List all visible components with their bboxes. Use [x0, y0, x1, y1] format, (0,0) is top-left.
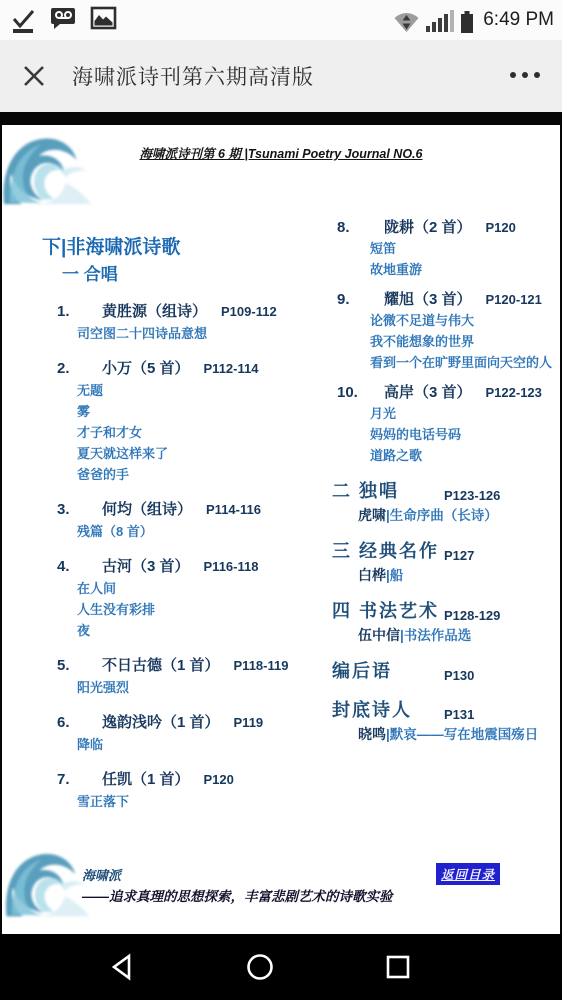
document-page[interactable]: 海啸派诗刊第 6 期 |Tsunami Poetry Journal NO.6 …	[2, 125, 560, 935]
entry-number: 9.	[332, 289, 384, 310]
entry-pages: P112-114	[204, 358, 259, 380]
toc-right-column: 8. 陇耕（2 首） P120 短笛故地重游 9. 耀旭（3 首） P120-1…	[332, 211, 562, 745]
download-done-icon	[10, 6, 37, 34]
close-icon[interactable]	[22, 64, 46, 88]
toc-entry-main: 3. 何均（组诗） P114-116	[42, 499, 326, 521]
toc-left-column: 下|非海啸派诗歌 一 合唱 1. 黄胜源（组诗） P109-112 司空图二十四…	[42, 235, 326, 812]
entry-pages: P118-119	[234, 655, 289, 677]
entry-pages: P120	[486, 217, 516, 238]
entry-author: 何均（组诗）	[102, 499, 192, 521]
journal-title: 海啸派诗刊第 6 期 |Tsunami Poetry Journal NO.6	[2, 144, 560, 162]
toc-entry-main: 4. 古河（3 首） P116-118	[42, 556, 326, 578]
poem-title: 夜	[77, 620, 326, 641]
entry-poems: 论微不足道与伟大我不能想象的世界看到一个在旷野里面向天空的人	[370, 310, 562, 373]
section-pages: P130	[444, 663, 474, 688]
section-title: 二 独唱	[332, 481, 399, 501]
entry-poems: 阳光强烈	[77, 677, 326, 698]
more-menu-icon[interactable]	[510, 72, 540, 78]
recents-button[interactable]	[384, 953, 412, 981]
work-author: 伍中信	[358, 627, 400, 643]
section-head: 四 书法艺术 P128-129	[332, 599, 562, 625]
clock: 6:49 PM	[483, 5, 554, 35]
entry-number: 8.	[332, 217, 384, 238]
work-title: |默哀——写在地震国殇日	[386, 727, 538, 742]
entry-author: 古河（3 首）	[102, 556, 190, 578]
work-title: |生命序曲（长诗）	[386, 508, 498, 523]
entry-number: 2.	[57, 358, 102, 380]
entry-pages: P122-123	[486, 382, 542, 403]
section-work: 伍中信|书法作品选	[358, 625, 562, 646]
entry-author: 黄胜源（组诗）	[102, 301, 207, 323]
work-author: 白桦	[358, 567, 386, 583]
toc-entries-left: 1. 黄胜源（组诗） P109-112 司空图二十四诗品意想 2. 小万（5 首…	[42, 301, 326, 812]
toc-section: 四 书法艺术 P128-129 伍中信|书法作品选	[332, 599, 562, 646]
poem-title: 人生没有彩排	[77, 599, 326, 620]
toc-entry: 5. 不日古德（1 首） P118-119 阳光强烈	[42, 655, 326, 698]
entry-number: 3.	[57, 499, 102, 521]
poem-title: 爸爸的手	[77, 464, 326, 485]
entry-number: 5.	[57, 655, 102, 677]
entry-number: 6.	[57, 712, 102, 734]
entry-pages: P109-112	[221, 301, 277, 323]
wifi-data-icon	[393, 9, 420, 35]
notification-icons	[10, 6, 117, 34]
brand-slogan: ——追求真理的思想探索，丰富悲剧艺术的诗歌实验	[82, 886, 442, 907]
poem-title: 看到一个在旷野里面向天空的人	[370, 352, 562, 373]
work-title: |书法作品选	[400, 628, 471, 643]
entry-author: 任凯（1 首）	[102, 769, 190, 791]
toc-entry: 7. 任凯（1 首） P120 雪正落下	[42, 769, 326, 812]
entry-poems: 降临	[77, 734, 326, 755]
poem-title: 雪正落下	[77, 791, 326, 812]
toc-entry-main: 6. 逸韵浅吟（1 首） P119	[42, 712, 326, 734]
poem-title: 妈妈的电话号码	[370, 424, 562, 445]
section-title: 编后语	[332, 661, 392, 681]
poem-title: 雾	[77, 401, 326, 422]
toc-entry-main: 8. 陇耕（2 首） P120	[332, 217, 562, 238]
section-pages: P131	[444, 702, 474, 727]
toc-sections: 二 独唱 P123-126 虎啸|生命序曲（长诗） 三 经典名作 P127 白桦…	[332, 479, 562, 745]
entry-poems: 司空图二十四诗品意想	[77, 323, 326, 344]
poem-title: 短笛	[370, 238, 562, 259]
poem-title: 在人间	[77, 578, 326, 599]
work-title: |船	[386, 568, 403, 583]
entry-pages: P116-118	[204, 556, 259, 578]
poem-title: 无题	[77, 380, 326, 401]
entry-number: 10.	[332, 382, 384, 403]
system-status-icons: 6:49 PM	[393, 5, 554, 35]
entry-author: 不日古德（1 首）	[102, 655, 220, 677]
section-work: 虎啸|生命序曲（长诗）	[358, 505, 562, 526]
entry-poems: 无题雾才子和才女夏天就这样来了爸爸的手	[77, 380, 326, 485]
entry-poems: 在人间人生没有彩排夜	[77, 578, 326, 641]
poem-title: 降临	[77, 734, 326, 755]
section-work: 白桦|船	[358, 565, 562, 586]
toc-section: 编后语 P130	[332, 659, 562, 685]
entry-pages: P120-121	[486, 289, 542, 310]
poem-title: 故地重游	[370, 259, 562, 280]
poem-title: 我不能想象的世界	[370, 331, 562, 352]
poem-title: 司空图二十四诗品意想	[77, 323, 326, 344]
back-button[interactable]	[110, 953, 136, 981]
section-work: 晓鸣|默哀——写在地震国殇日	[358, 724, 562, 745]
poem-title: 阳光强烈	[77, 677, 326, 698]
entry-author: 陇耕（2 首）	[384, 217, 472, 238]
toc-entry: 8. 陇耕（2 首） P120 短笛故地重游	[332, 217, 562, 280]
status-bar: 6:49 PM	[0, 0, 562, 40]
entry-poems: 月光妈妈的电话号码道路之歌	[370, 403, 562, 466]
poem-title: 残篇（8 首）	[77, 521, 326, 542]
signal-bars-icon	[426, 9, 454, 35]
section-head: 二 独唱 P123-126	[332, 479, 562, 505]
entry-number: 7.	[57, 769, 102, 791]
home-button[interactable]	[246, 953, 274, 981]
entry-pages: P119	[234, 712, 264, 734]
entry-poems: 短笛故地重游	[370, 238, 562, 280]
section-title: 三 经典名作	[332, 541, 439, 561]
entry-number: 4.	[57, 556, 102, 578]
wave-image-top	[2, 127, 99, 209]
brand-name: 海啸派	[82, 865, 442, 886]
poem-title: 月光	[370, 403, 562, 424]
section-title: 四 书法艺术	[332, 601, 439, 621]
toc-entry: 3. 何均（组诗） P114-116 残篇（8 首）	[42, 499, 326, 542]
section-head: 三 经典名作 P127	[332, 539, 562, 565]
battery-icon	[460, 9, 474, 35]
toc-section: 封底诗人 P131 晓鸣|默哀——写在地震国殇日	[332, 698, 562, 745]
poem-title: 夏天就这样来了	[77, 443, 326, 464]
toc-entry-main: 1. 黄胜源（组诗） P109-112	[42, 301, 326, 323]
poem-title: 道路之歌	[370, 445, 562, 466]
toc-entry-main: 7. 任凯（1 首） P120	[42, 769, 326, 791]
poem-title: 论微不足道与伟大	[370, 310, 562, 331]
android-screen: { "status_bar": { "time": "6:49 PM", "le…	[0, 0, 562, 1000]
entry-pages: P114-116	[206, 499, 261, 521]
section-pages: P127	[444, 543, 474, 568]
voicemail-icon	[51, 6, 76, 30]
section-title: 封底诗人	[332, 700, 412, 720]
toc-entry-main: 2. 小万（5 首） P112-114	[42, 358, 326, 380]
work-author: 虎啸	[358, 507, 386, 523]
image-icon	[90, 6, 117, 30]
entry-author: 高岸（3 首）	[384, 382, 472, 403]
section-pages: P123-126	[444, 483, 500, 508]
toc-entry: 10. 高岸（3 首） P122-123 月光妈妈的电话号码道路之歌	[332, 382, 562, 466]
toc-entry: 2. 小万（5 首） P112-114 无题雾才子和才女夏天就这样来了爸爸的手	[42, 358, 326, 485]
part-heading: 下|非海啸派诗歌	[42, 235, 326, 261]
toc-section: 二 独唱 P123-126 虎啸|生命序曲（长诗）	[332, 479, 562, 526]
toc-entry: 1. 黄胜源（组诗） P109-112 司空图二十四诗品意想	[42, 301, 326, 344]
section-pages: P128-129	[444, 603, 500, 628]
toc-entry-main: 9. 耀旭（3 首） P120-121	[332, 289, 562, 310]
toc-entry: 4. 古河（3 首） P116-118 在人间人生没有彩排夜	[42, 556, 326, 641]
entry-author: 逸韵浅吟（1 首）	[102, 712, 220, 734]
page-title: 海啸派诗刊第六期高清版	[72, 61, 314, 91]
section-head: 封底诗人 P131	[332, 698, 562, 724]
section-heading-chorus: 一 合唱	[62, 263, 326, 287]
app-header: 海啸派诗刊第六期高清版	[0, 40, 562, 112]
return-to-toc-link[interactable]: 返回目录	[436, 863, 500, 885]
toc-entry-main: 5. 不日古德（1 首） P118-119	[42, 655, 326, 677]
toc-entry-main: 10. 高岸（3 首） P122-123	[332, 382, 562, 403]
android-nav-bar	[0, 934, 562, 1000]
section-head: 编后语 P130	[332, 659, 562, 685]
entry-pages: P120	[204, 769, 234, 791]
entry-number: 1.	[57, 301, 102, 323]
entry-poems: 残篇（8 首）	[77, 521, 326, 542]
work-author: 晓鸣	[358, 726, 386, 742]
entry-poems: 雪正落下	[77, 791, 326, 812]
entry-author: 小万（5 首）	[102, 358, 190, 380]
toc-entries-right: 8. 陇耕（2 首） P120 短笛故地重游 9. 耀旭（3 首） P120-1…	[332, 217, 562, 466]
entry-author: 耀旭（3 首）	[384, 289, 472, 310]
toc-entry: 6. 逸韵浅吟（1 首） P119 降临	[42, 712, 326, 755]
page-footer: 海啸派 ——追求真理的思想探索，丰富悲剧艺术的诗歌实验	[82, 865, 442, 907]
toc-section: 三 经典名作 P127 白桦|船	[332, 539, 562, 586]
toc-entry: 9. 耀旭（3 首） P120-121 论微不足道与伟大我不能想象的世界看到一个…	[332, 289, 562, 373]
poem-title: 才子和才女	[77, 422, 326, 443]
